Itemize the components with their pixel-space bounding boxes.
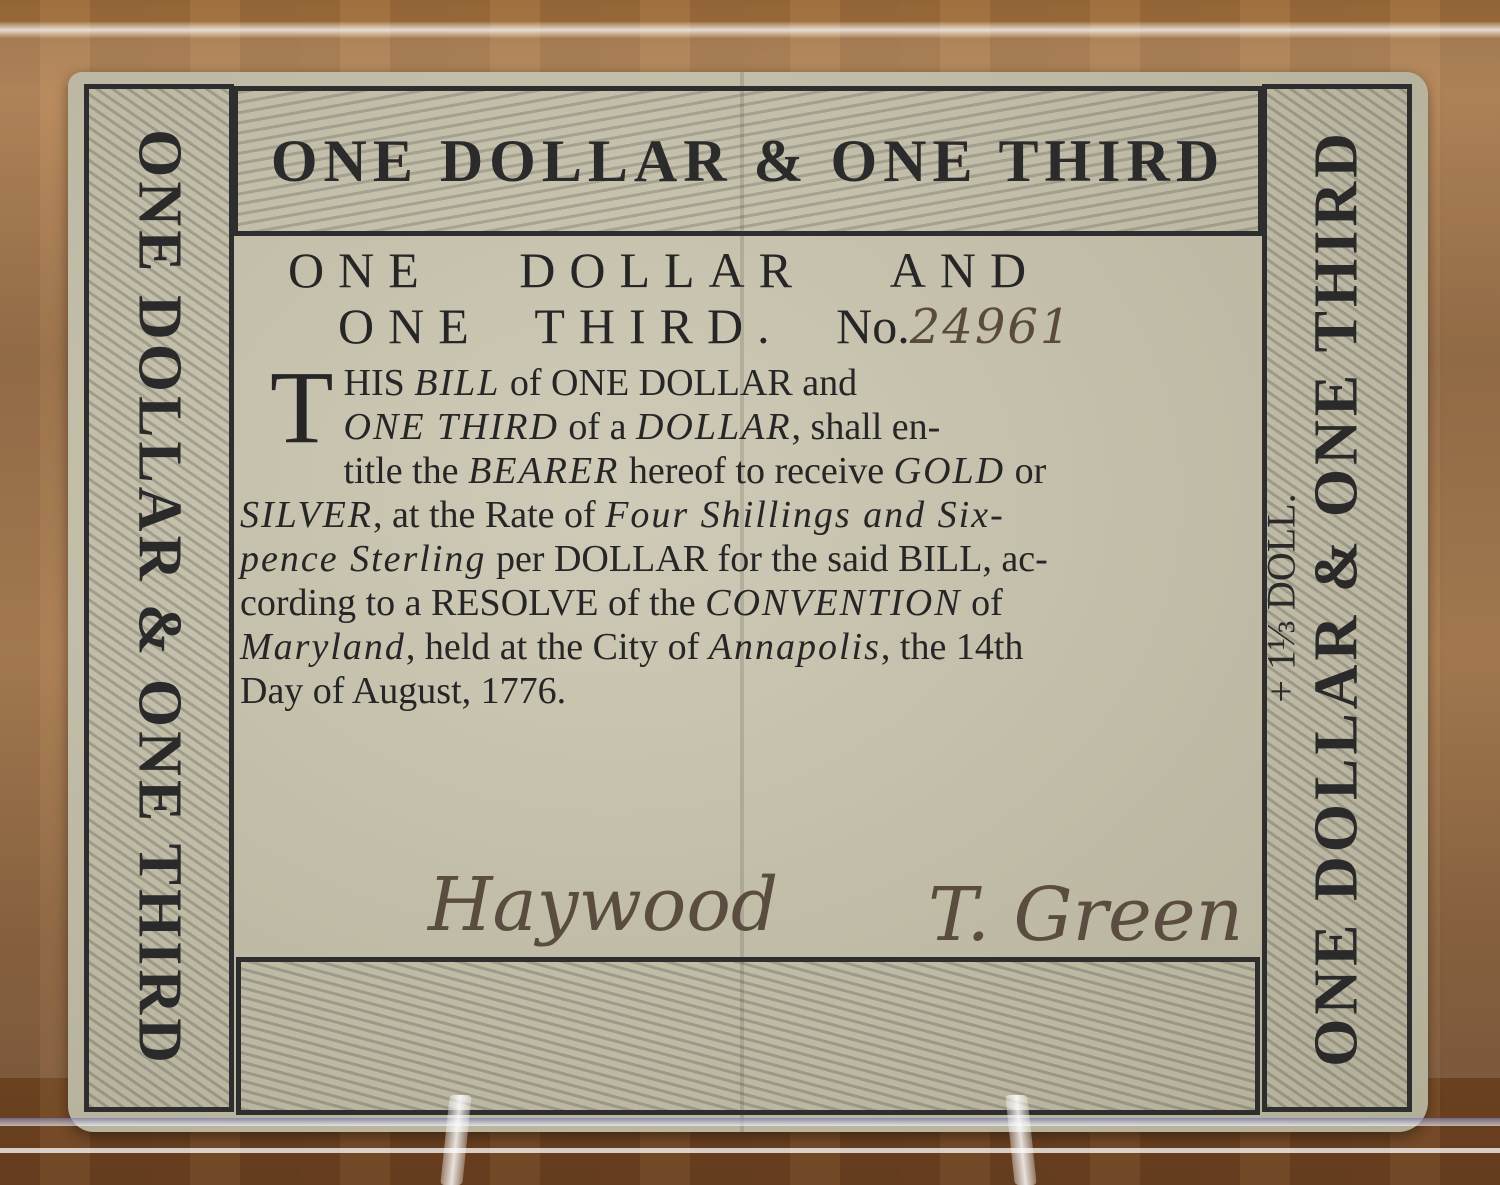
text: hereof to receive bbox=[619, 450, 893, 492]
left-border-text: ONE DOLLAR & ONE THIRD bbox=[124, 129, 195, 1067]
right-border-panel: ONE DOLLAR & ONE THIRD + 1⅓ DOLL. bbox=[1262, 84, 1412, 1112]
text: of a bbox=[559, 406, 636, 448]
display-case-bottom-edge bbox=[0, 1118, 1500, 1126]
serial-number: 24961 bbox=[910, 299, 1073, 355]
text: , at the Rate of bbox=[373, 494, 605, 536]
text: of ONE DOLLAR and bbox=[500, 362, 857, 404]
drop-cap: T bbox=[270, 363, 334, 453]
text: BILL bbox=[414, 362, 500, 404]
text: Maryland bbox=[240, 626, 406, 668]
left-border-panel: ONE DOLLAR & ONE THIRD bbox=[84, 84, 234, 1112]
text: Four Shillings and Six- bbox=[605, 494, 1005, 536]
text: or bbox=[1005, 450, 1046, 492]
signature-1: Haywood bbox=[428, 862, 778, 948]
signature-2: T. Green bbox=[928, 872, 1243, 958]
serial-label: No. bbox=[836, 298, 910, 354]
right-border-small-text: + 1⅓ DOLL. bbox=[1258, 493, 1305, 702]
text: per DOLLAR for the said BILL, ac- bbox=[486, 538, 1047, 580]
display-case-bottom-rail bbox=[0, 1148, 1500, 1153]
heading-line-1: ONE DOLLAR AND bbox=[288, 242, 1252, 298]
date-line: Day of August, 1776. bbox=[240, 670, 566, 712]
text: DOLLAR bbox=[636, 406, 792, 448]
heading-one-third: ONE THIRD. bbox=[338, 298, 784, 354]
text: ONE THIRD bbox=[344, 406, 559, 448]
display-case-top-edge bbox=[0, 22, 1500, 38]
text: , shall en- bbox=[792, 406, 941, 448]
text: Annapolis bbox=[709, 626, 881, 668]
banknote: ONE DOLLAR & ONE THIRD ONE DOLLAR & ONE … bbox=[68, 72, 1428, 1132]
text: BEARER bbox=[468, 450, 619, 492]
heading-line-2: ONE THIRD. No.24961 bbox=[338, 298, 1252, 355]
top-banner: ONE DOLLAR & ONE THIRD bbox=[233, 86, 1263, 236]
text: GOLD bbox=[894, 450, 1005, 492]
top-banner-text: ONE DOLLAR & ONE THIRD bbox=[271, 127, 1225, 196]
text: CONVENTION bbox=[705, 582, 961, 624]
note-paragraph: T HIS BILL of ONE DOLLAR and ONE THIRD o… bbox=[240, 361, 1252, 713]
text: , held at the City of bbox=[406, 626, 709, 668]
text: HIS bbox=[344, 362, 415, 404]
right-border-text: ONE DOLLAR & ONE THIRD bbox=[1302, 129, 1373, 1067]
note-body: ONE DOLLAR AND ONE THIRD. No.24961 T HIS… bbox=[240, 242, 1252, 713]
text: title the bbox=[344, 450, 469, 492]
bottom-ornamental-panel bbox=[236, 957, 1260, 1115]
text: of bbox=[962, 582, 1003, 624]
text: SILVER bbox=[240, 494, 373, 536]
text: cording to a RESOLVE of the bbox=[240, 582, 705, 624]
text: , the 14th bbox=[881, 626, 1023, 668]
text: pence Sterling bbox=[240, 538, 486, 580]
